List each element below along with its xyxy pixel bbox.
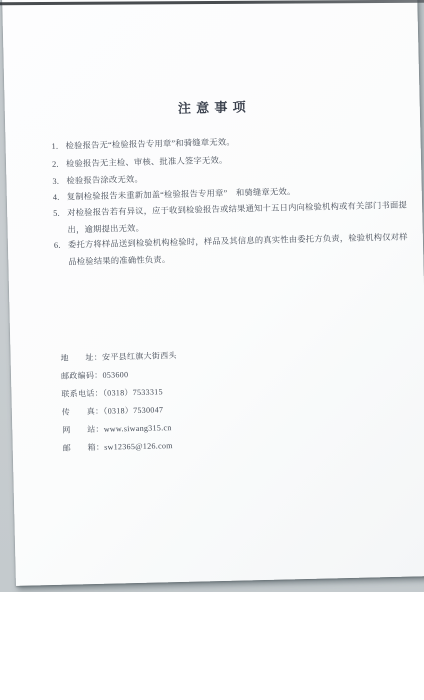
scanned-report-back-page: 注 意 事 项 1.检验报告无“检验报告专用章”和骑缝章无效。 2.检验报告无主… (0, 0, 424, 700)
scan-background: 注 意 事 项 1.检验报告无“检验报告专用章”和骑缝章无效。 2.检验报告无主… (0, 0, 424, 592)
contact-label: 邮 箱： (63, 443, 105, 453)
item-number: 6. (54, 239, 68, 253)
contact-label: 邮政编码： (61, 371, 103, 381)
item-text: 检验报告无“检验报告专用章”和骑缝章无效。 (65, 138, 234, 151)
contact-value: 053600 (102, 370, 128, 380)
contact-row-phone: 联系电话：（0318）7533315 (61, 385, 163, 400)
item-text: 检验报告无主检、审核、批准人签字无效。 (66, 156, 228, 169)
contact-value: （0318）7533315 (103, 387, 163, 397)
contact-row-address: 地 址：安平县红旗大街西头 (60, 349, 176, 365)
item-number: 5. (53, 207, 67, 221)
item-number: 2. (52, 158, 66, 172)
item-number: 1. (51, 140, 65, 154)
paper-sheet: 注 意 事 项 1.检验报告无“检验报告专用章”和骑缝章无效。 2.检验报告无主… (2, 0, 424, 586)
item-text: 出，逾期提出无效。 (67, 224, 144, 235)
contact-label: 网 站： (62, 425, 104, 435)
item-text: 检验报告涂改无效。 (66, 175, 143, 186)
contact-label: 传 真： (62, 407, 104, 417)
item-number: 4. (53, 191, 67, 205)
contact-label: 联系电话： (61, 389, 103, 399)
contact-value: sw12365@126.com (104, 441, 173, 452)
contact-row-website: 网 站：www.siwang315.cn (62, 421, 172, 437)
notice-title: 注 意 事 项 (5, 92, 420, 121)
contact-value: 安平县红旗大街西头 (102, 351, 177, 362)
contact-label: 地 址： (60, 353, 102, 363)
item-text: 复制检验报告未重新加盖“检验报告专用章” 和骑缝章无效。 (67, 187, 296, 201)
contact-row-postcode: 邮政编码：053600 (61, 368, 129, 383)
item-number: 3. (52, 175, 66, 189)
item-text: 品检验结果的准确性负责。 (68, 255, 170, 266)
contact-row-email: 邮 箱：sw12365@126.com (63, 439, 173, 455)
contact-value: www.siwang315.cn (104, 423, 172, 434)
contact-value: （0318）7530047 (103, 405, 163, 415)
contact-row-fax: 传 真：（0318）7530047 (62, 403, 164, 418)
